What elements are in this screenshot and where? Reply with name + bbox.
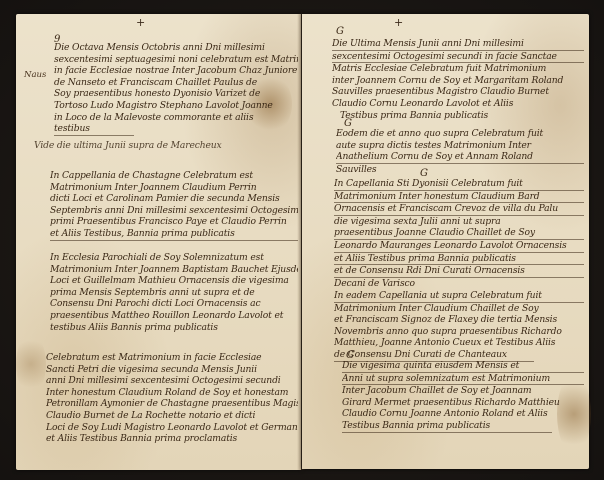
entry-line: Anathelium Cornu de Soy et Annam Roland	[336, 151, 584, 164]
folio-mark: +	[136, 16, 145, 29]
entry-line: In Cappellania de Chastagne Celebratum e…	[50, 170, 298, 182]
entry-line: Girard Mermet praesentibus Richardo Matt…	[342, 397, 584, 409]
entry-line: Matrimonium Inter Joannem Claudium Perri…	[50, 182, 298, 194]
entry-line: et Aliis Testibus prima Bannia publicati…	[334, 253, 584, 266]
entry-line: Claudio Cornu Joanne Antonio Roland et A…	[342, 408, 584, 420]
register-entry: In Cappellania de Chastagne Celebratum e…	[50, 170, 298, 241]
entry-line: Matthieu, Joanne Antonio Cueux et Testib…	[334, 337, 584, 349]
entry-line: die vigesima sexta Julii anni ut supra	[334, 216, 584, 228]
entry-line: In eadem Capellania ut supra Celebratum …	[334, 290, 584, 303]
entry-line: Testibus Bannia prima publicatis	[342, 420, 552, 433]
register-entry: In eadem Capellania ut supra Celebratum …	[334, 290, 584, 362]
entry-line: prima Mensis Septembris anni ut supra et…	[50, 287, 298, 299]
entry-line: et Aliis Testibus Bannia prima proclamat…	[46, 433, 298, 445]
entry-line: Septembris anni Dni millesimi sexcentesi…	[50, 205, 298, 217]
entry-line: inter Joannem Cornu de Soy et Margaritam…	[332, 75, 584, 87]
entry-line: Matrimonium Inter Claudium Chaillet de S…	[334, 303, 584, 315]
entry-line: Claudio Burnet de La Rochette notario et…	[46, 410, 298, 422]
entry-line: Eodem die et anno quo supra Celebratum f…	[336, 128, 584, 140]
entry-line: testibus	[54, 123, 134, 136]
entry-line: primi Praesentibus Francisco Paye et Cla…	[50, 216, 298, 228]
entry-line: Die vigesima quinta eiusdem Mensis et	[342, 360, 584, 373]
entry-line: Consensu Dni Parochi dicti Loci Ornacens…	[50, 298, 298, 310]
register-entry: Celebratum est Matrimonium in facie Eccl…	[46, 352, 298, 445]
entry-line: de Nanseto et Franciscam Chaillet Paulus…	[54, 77, 298, 89]
entry-line: et Franciscam Signoz de Flaxey die terti…	[334, 314, 584, 326]
entry-line: Die Ultima Mensis Junii anni Dni millesi…	[332, 38, 584, 51]
entry-line: Claudio Cornu Leonardo Lavolot et Aliis	[332, 98, 584, 110]
register-entry: Die Ultima Mensis Junii anni Dni millesi…	[332, 38, 584, 121]
entry-line: in facie Ecclesiae nostrae Inter Jacobum…	[54, 65, 298, 77]
entry-marker: G	[336, 26, 344, 37]
entry-line: Tortoso Ludo Magistro Stephano Lavolot J…	[54, 100, 298, 112]
entry-line: In Ecclesia Parochiali de Soy Solemnizat…	[50, 252, 298, 264]
entry-line: Petronillam Aymonier de Chastagne praese…	[46, 398, 298, 410]
folio-mark: +	[394, 16, 403, 29]
left-page: + Naus 9 Die Octava Mensis Octobris anni…	[16, 14, 301, 470]
entry-line: Sauvilles praesentibus Magistro Claudio …	[332, 86, 584, 98]
entry-line: anni Dni millesimi sexcentesimi Octogesi…	[46, 375, 298, 387]
entry-line: et de Consensu Rdi Dni Curati Ornacensis	[334, 265, 584, 278]
entry-line: Sauvilles	[336, 164, 584, 176]
entry-line: aute supra dictis testes Matrimonium Int…	[336, 140, 584, 152]
entry-line: Matris Ecclesiae Celebratum fuit Matrimo…	[332, 63, 584, 75]
entry-line: Decani de Varisco	[334, 278, 584, 290]
entry-line: sexcentesimi Octogesimi secundi in facie…	[332, 51, 584, 64]
entry-line: Inter honestum Claudium Roland de Soy et…	[46, 387, 298, 399]
entry-line: Novembris anno quo supra praesentibus Ri…	[334, 326, 584, 338]
entry-line: Leonardo Mauranges Leonardo Lavolot Orna…	[334, 240, 584, 253]
entry-line: Loci et Guillelmam Mathieu Ornacensis di…	[50, 275, 298, 287]
register-entry: Eodem die et anno quo supra Celebratum f…	[336, 128, 584, 175]
entry-line: praesentibus Mattheo Rouillon Leonardo L…	[50, 310, 298, 322]
entry-line: Sancti Petri die vigesima secunda Mensis…	[46, 364, 298, 376]
margin-note: Naus	[24, 70, 46, 80]
register-entry: In Ecclesia Parochiali de Soy Solemnizat…	[50, 252, 298, 333]
entry-line: Inter Jacobum Chaillet de Soy et Joannam	[342, 385, 584, 397]
entry-line: Testibus prima Bannia publicatis	[340, 110, 584, 122]
entry-line: In Capellania Sti Dyonisii Celebratum fu…	[334, 178, 584, 191]
entry-line: Loci de Soy Ludi Magistro Leonardo Lavol…	[46, 422, 298, 434]
entry-line: Matrimonium Inter honestum Claudium Bard	[334, 191, 584, 204]
water-stain	[16, 334, 46, 394]
entry-line: in Loco de la Malevoste commorante et al…	[54, 112, 298, 124]
entry-line: Soy praesentibus honesto Dyonisio Varize…	[54, 88, 298, 100]
entry-line: dicti Loci et Carolinam Pamier die secun…	[50, 193, 298, 205]
register-entry: Die Octava Mensis Octobris anni Dni mill…	[54, 42, 298, 151]
entry-line: Celebratum est Matrimonium in facie Eccl…	[46, 352, 298, 364]
entry-line: sexcentesimi septuagesimi noni celebratu…	[54, 54, 298, 66]
right-page: + G Die Ultima Mensis Junii anni Dni mil…	[302, 14, 589, 469]
entry-line: Anni ut supra solemnizatum est Matrimoni…	[342, 373, 584, 386]
entry-line: et Aliis Testibus, Bannia prima publicat…	[50, 228, 298, 241]
register-entry: In Capellania Sti Dyonisii Celebratum fu…	[334, 178, 584, 289]
entry-line: Ornacensis et Franciscam Crevoz de villa…	[334, 203, 584, 216]
entry-line: praesentibus Joanne Claudio Chaillet de …	[334, 227, 584, 240]
entry-line: testibus Aliis Bannis prima publicatis	[50, 322, 298, 334]
entry-line: Vide die ultima Junii supra de Marecheux	[34, 140, 298, 152]
entry-line: Matrimonium Inter Joannem Baptistam Bauc…	[50, 264, 298, 276]
entry-line: Die Octava Mensis Octobris anni Dni mill…	[54, 42, 298, 54]
register-entry: Die vigesima quinta eiusdem Mensis et An…	[342, 360, 584, 433]
